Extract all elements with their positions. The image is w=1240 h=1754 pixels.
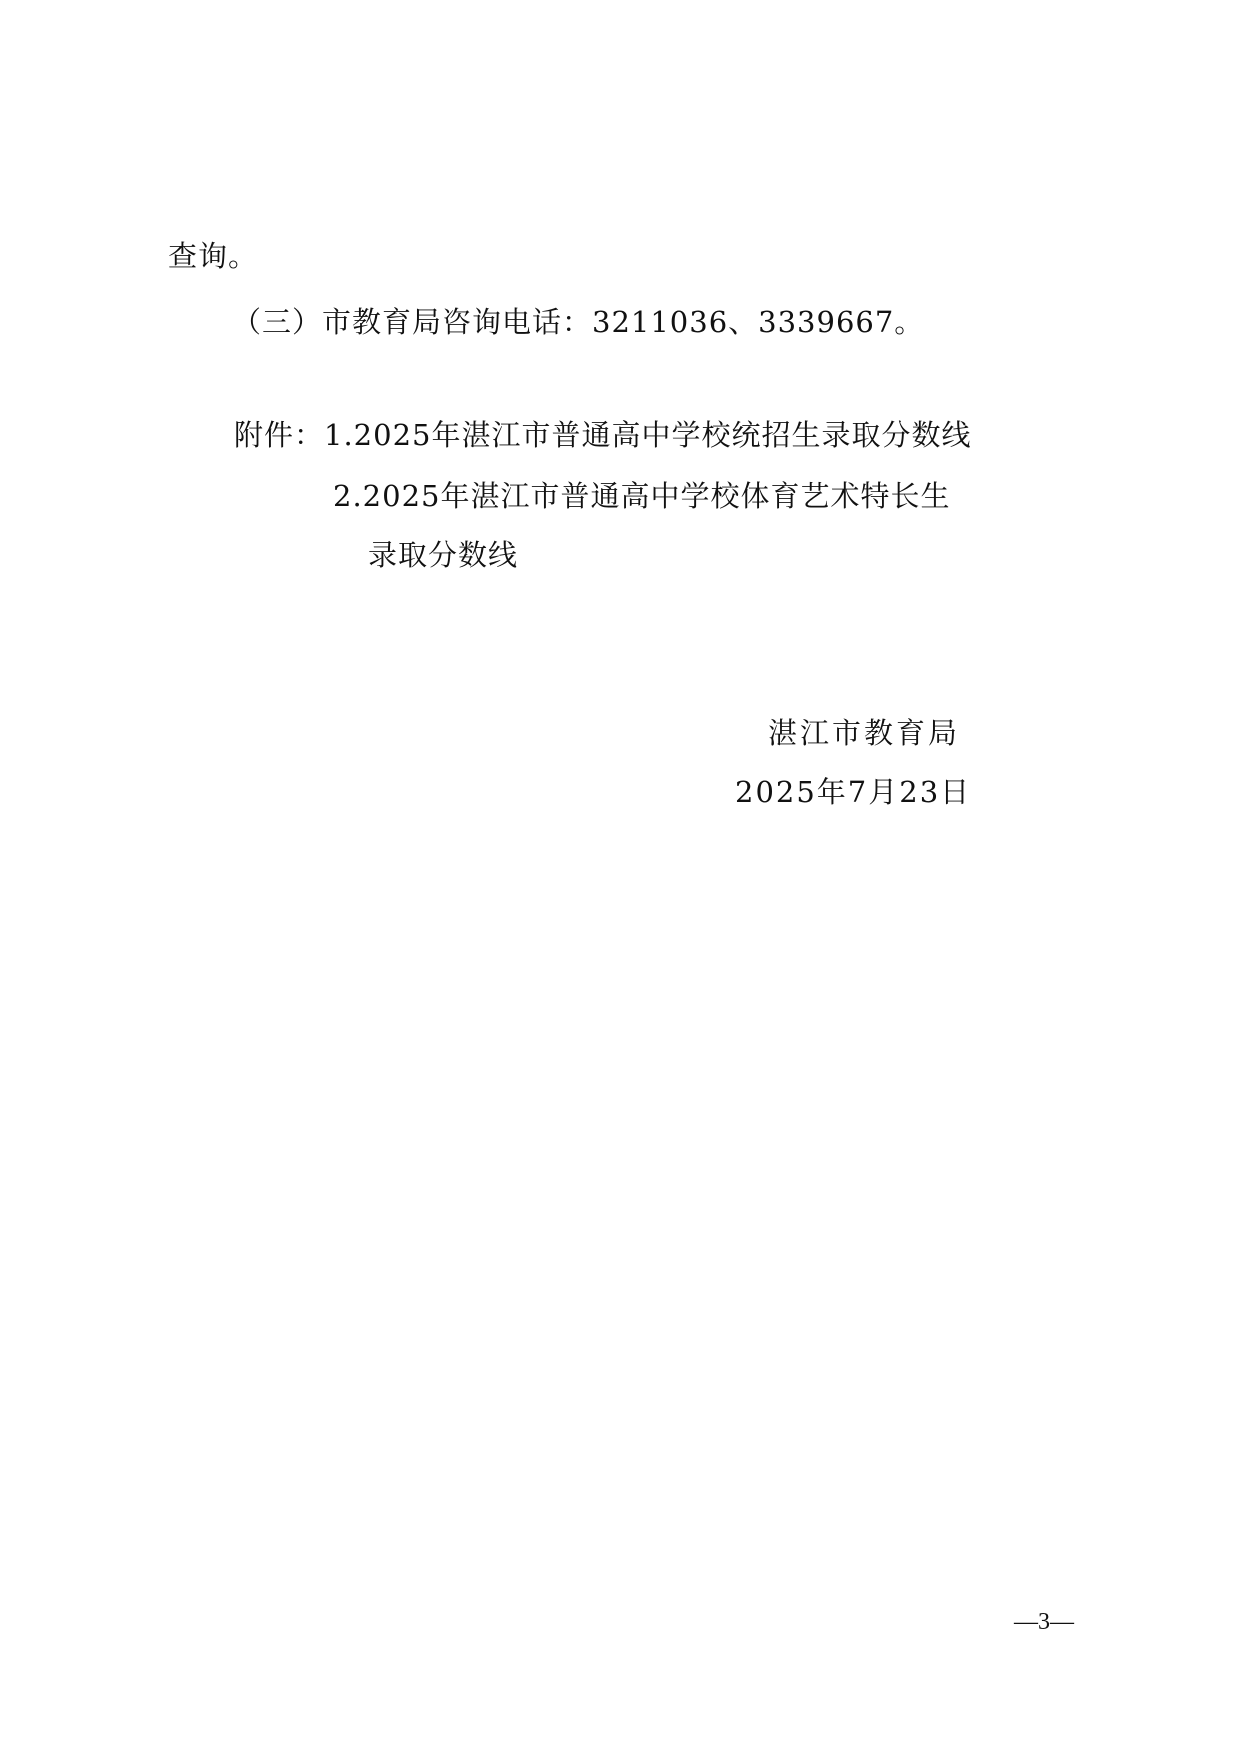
signature-organization: 湛江市教育局 — [768, 713, 960, 753]
attachment-label: 附件： — [234, 418, 324, 452]
signature-date: 2025年7月23日 — [735, 772, 971, 812]
attachment-item-1: 1.2025年湛江市普通高中学校统招生录取分数线 — [324, 418, 971, 452]
paragraph-line-query: 查询。 — [168, 236, 258, 276]
attachment-item-2-continued: 录取分数线 — [368, 535, 518, 575]
attachment-line-1: 附件：1.2025年湛江市普通高中学校统招生录取分数线 — [234, 415, 972, 455]
attachment-item-2: 2.2025年湛江市普通高中学校体育艺术特长生 — [333, 476, 950, 516]
page-number: —3— — [1014, 1607, 1074, 1637]
paragraph-line-consult-phone: （三）市教育局咨询电话：3211036、3339667。 — [232, 302, 924, 342]
